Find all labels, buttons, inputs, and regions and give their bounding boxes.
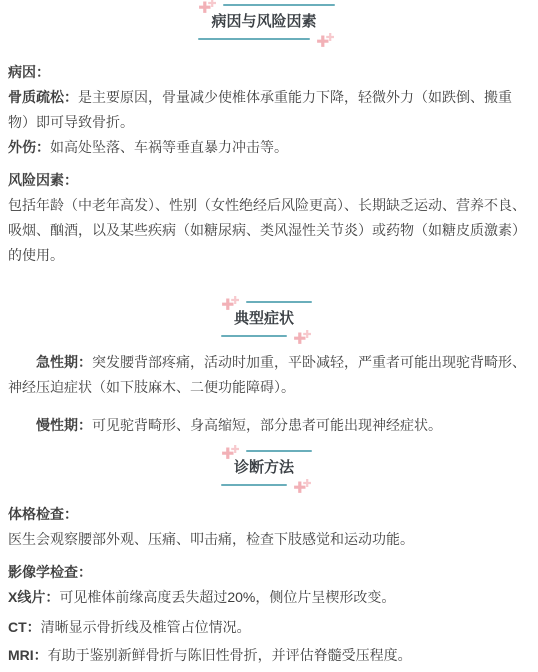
paragraph: 体格检查： xyxy=(8,502,530,527)
section-symptoms: 急性期：突发腰背部疼痛，活动时加重，平卧减轻，严重者可能出现驼背畸形、神经压迫症… xyxy=(8,350,530,438)
paragraph: MRI：有助于鉴别新鲜骨折与陈旧性骨折，并评估脊髓受压程度。 xyxy=(8,643,530,668)
paragraph: 医生会观察腰部外观、压痛、叩击痛，检查下肢感觉和运动功能。 xyxy=(8,527,530,552)
paragraph-label: 病因： xyxy=(8,64,50,80)
section-header: 典型症状 xyxy=(234,301,294,337)
paragraph-label: MRI： xyxy=(8,647,48,663)
divider-line-top xyxy=(246,450,312,452)
section-header: 病因与风险因素 xyxy=(211,4,316,40)
paragraph-label: 体格检查： xyxy=(8,506,78,522)
paragraph: 急性期：突发腰背部疼痛，活动时加重，平卧减轻，严重者可能出现驼背畸形、神经压迫症… xyxy=(8,350,530,400)
article-page: 病因与风险因素 病因： 骨质疏松：是主要原因，骨量减少使椎体承重能力下降，轻微外… xyxy=(0,0,538,668)
paragraph: CT：清晰显示骨折线及椎管占位情况。 xyxy=(8,615,530,640)
section-header-symptoms: 典型症状 xyxy=(8,301,530,337)
paragraph-label: 外伤： xyxy=(8,139,50,155)
section-title: 典型症状 xyxy=(234,308,294,330)
paragraph-text: 包括年龄（中老年高发）、性别（女性绝经后风险更高）、长期缺乏运动、营养不良、吸烟… xyxy=(8,197,526,263)
paragraph: 慢性期：可见驼背畸形、身高缩短，部分患者可能出现神经症状。 xyxy=(8,413,530,438)
paragraph: 外伤：如高处坠落、车祸等垂直暴力冲击等。 xyxy=(8,135,530,160)
section-diagnosis: 体格检查： 医生会观察腰部外观、压痛、叩击痛，检查下肢感觉和运动功能。 影像学检… xyxy=(8,502,530,668)
section-title: 诊断方法 xyxy=(234,457,294,479)
paragraph: 包括年龄（中老年高发）、性别（女性绝经后风险更高）、长期缺乏运动、营养不良、吸烟… xyxy=(8,193,530,268)
section-header-causes: 病因与风险因素 xyxy=(8,4,530,40)
paragraph-label: 骨质疏松： xyxy=(8,89,78,105)
paragraph-text: 医生会观察腰部外观、压痛、叩击痛，检查下肢感觉和运动功能。 xyxy=(8,531,414,547)
paragraph: X线片：可见椎体前缘高度丢失超过20%，侧位片呈楔形改变。 xyxy=(8,585,530,610)
section-title: 病因与风险因素 xyxy=(211,11,316,33)
paragraph-label: 急性期： xyxy=(36,354,92,370)
sparkle-icon xyxy=(221,296,239,314)
sparkle-icon xyxy=(198,0,216,17)
paragraph: 影像学检查： xyxy=(8,560,530,585)
paragraph-text: 可见椎体前缘高度丢失超过20%，侧位片呈楔形改变。 xyxy=(59,589,395,605)
paragraph-text: 是主要原因，骨量减少使椎体承重能力下降，轻微外力（如跌倒、搬重物）即可导致骨折。 xyxy=(8,89,512,130)
sparkle-icon xyxy=(221,445,239,463)
paragraph-text: 如高处坠落、车祸等垂直暴力冲击等。 xyxy=(50,139,288,155)
paragraph-label: CT： xyxy=(8,619,41,635)
paragraph-label: 慢性期： xyxy=(36,417,92,433)
section-causes-risks: 病因： 骨质疏松：是主要原因，骨量减少使椎体承重能力下降，轻微外力（如跌倒、搬重… xyxy=(8,60,530,268)
sparkle-icon xyxy=(293,330,311,348)
paragraph-text: 可见驼背畸形、身高缩短，部分患者可能出现神经症状。 xyxy=(92,417,442,433)
paragraph-label: 影像学检查： xyxy=(8,564,92,580)
paragraph: 骨质疏松：是主要原因，骨量减少使椎体承重能力下降，轻微外力（如跌倒、搬重物）即可… xyxy=(8,85,530,135)
section-header: 诊断方法 xyxy=(234,450,294,486)
divider-line-bottom xyxy=(198,38,309,40)
paragraph: 病因： xyxy=(8,60,530,85)
paragraph-label: X线片： xyxy=(8,589,59,605)
divider-line-bottom xyxy=(221,335,287,337)
divider-line-top xyxy=(223,4,334,6)
sparkle-icon xyxy=(293,479,311,497)
paragraph-label: 风险因素： xyxy=(8,172,78,188)
paragraph: 风险因素： xyxy=(8,168,530,193)
paragraph-text: 有助于鉴别新鲜骨折与陈旧性骨折，并评估脊髓受压程度。 xyxy=(48,647,412,663)
paragraph-text: 清晰显示骨折线及椎管占位情况。 xyxy=(41,619,251,635)
section-header-diagnosis: 诊断方法 xyxy=(8,450,530,486)
sparkle-icon xyxy=(316,33,334,51)
divider-line-top xyxy=(246,301,312,303)
divider-line-bottom xyxy=(221,484,287,486)
